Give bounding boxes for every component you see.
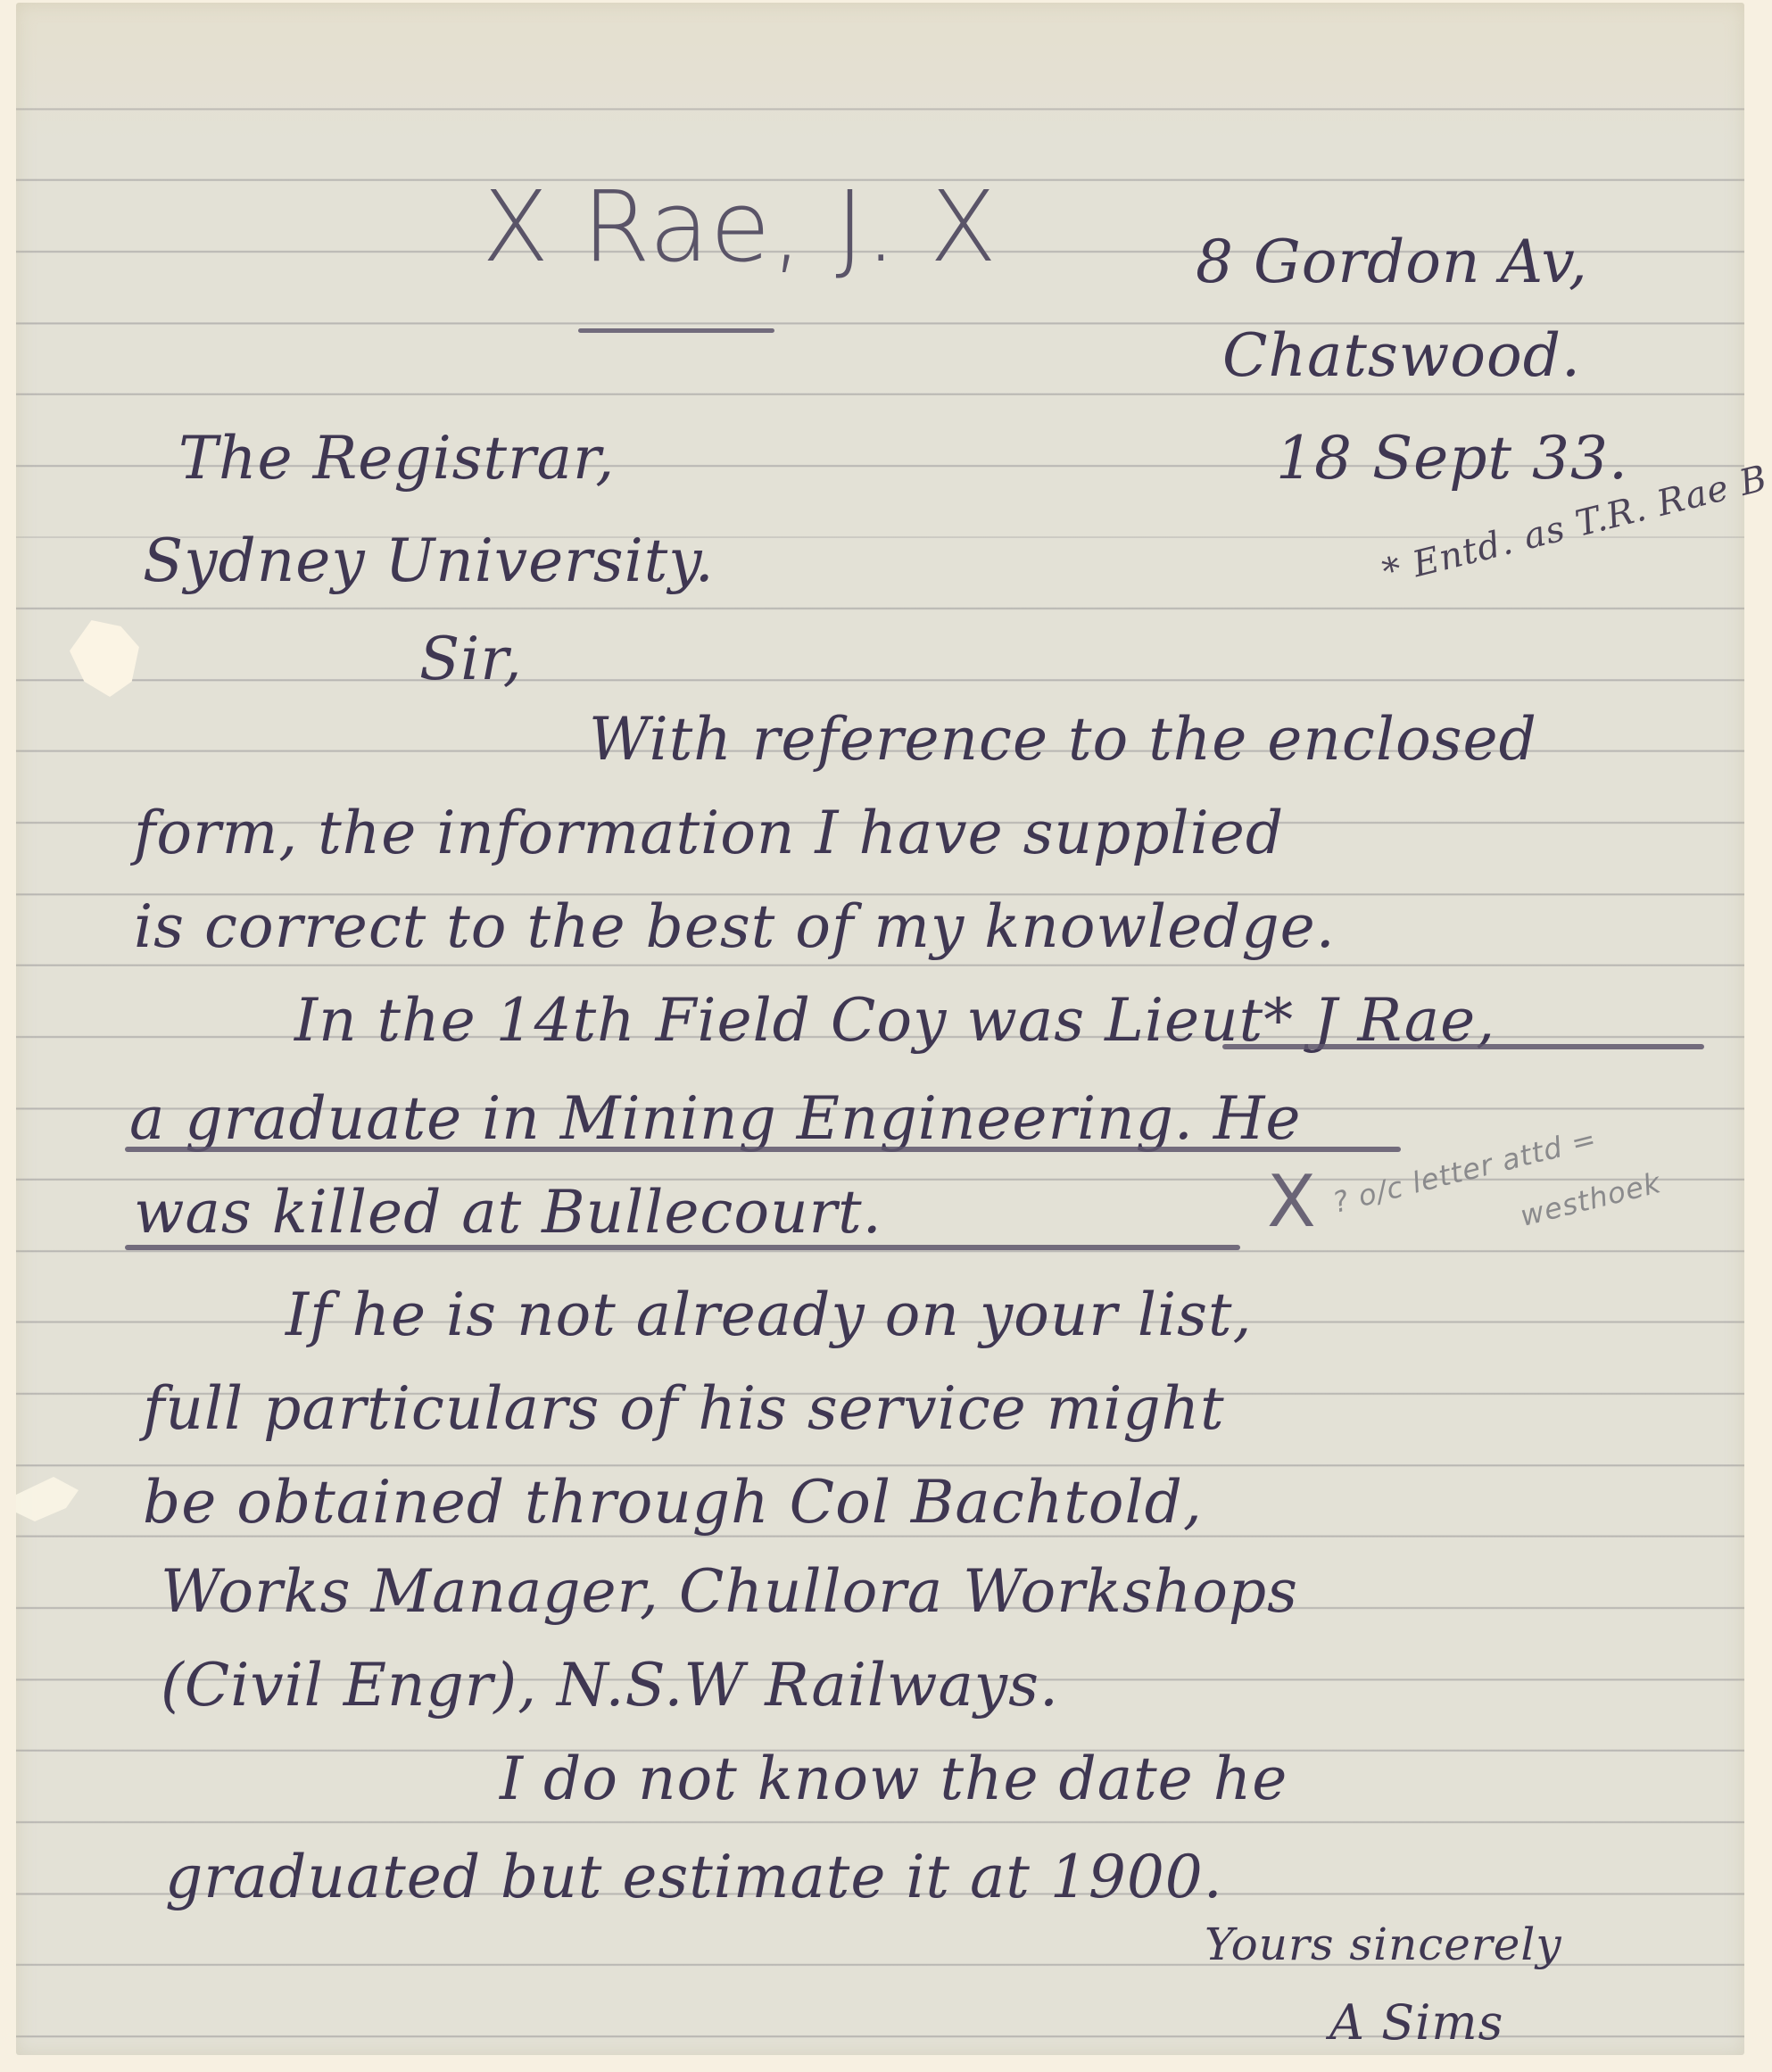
body-line: If he is not already on your list, bbox=[286, 1280, 1253, 1349]
closing: Yours sincerely bbox=[1205, 1919, 1562, 1970]
header-underline bbox=[578, 328, 774, 333]
body-line: I do not know the date he bbox=[500, 1745, 1288, 1813]
recipient-line-1: The Registrar, bbox=[178, 424, 615, 493]
header-annotation: X Rae, J. X bbox=[482, 170, 998, 284]
body-line: graduated but estimate it at 1900. bbox=[165, 1843, 1223, 1911]
body-line: is correct to the best of my knowledge. bbox=[134, 892, 1336, 961]
body-line: (Civil Engr), N.S.W Railways. bbox=[161, 1651, 1059, 1720]
underline-mining-engineering bbox=[125, 1147, 1401, 1152]
body-line: be obtained through Col Bachtold, bbox=[143, 1468, 1203, 1537]
signature: A Sims bbox=[1329, 1994, 1503, 2051]
address-line-2: Chatswood. bbox=[1222, 321, 1581, 390]
salutation: Sir, bbox=[419, 625, 523, 693]
address-date: 18 Sept 33. bbox=[1276, 424, 1628, 493]
underline-lieut-rae bbox=[1222, 1044, 1704, 1049]
body-line: With reference to the enclosed bbox=[589, 705, 1537, 774]
body-line: was killed at Bullecourt. bbox=[134, 1178, 882, 1247]
recipient-line-2: Sydney University. bbox=[143, 526, 715, 595]
body-line: full particulars of his service might bbox=[143, 1374, 1225, 1443]
underline-bullecourt bbox=[125, 1245, 1240, 1250]
body-line: a graduate in Mining Engineering. He bbox=[129, 1084, 1301, 1153]
body-line: form, the information I have supplied bbox=[134, 799, 1284, 867]
pencil-x-mark: X bbox=[1267, 1160, 1317, 1243]
body-line: Works Manager, Chullora Workshops bbox=[161, 1557, 1298, 1626]
address-line-1: 8 Gordon Av, bbox=[1196, 228, 1588, 296]
